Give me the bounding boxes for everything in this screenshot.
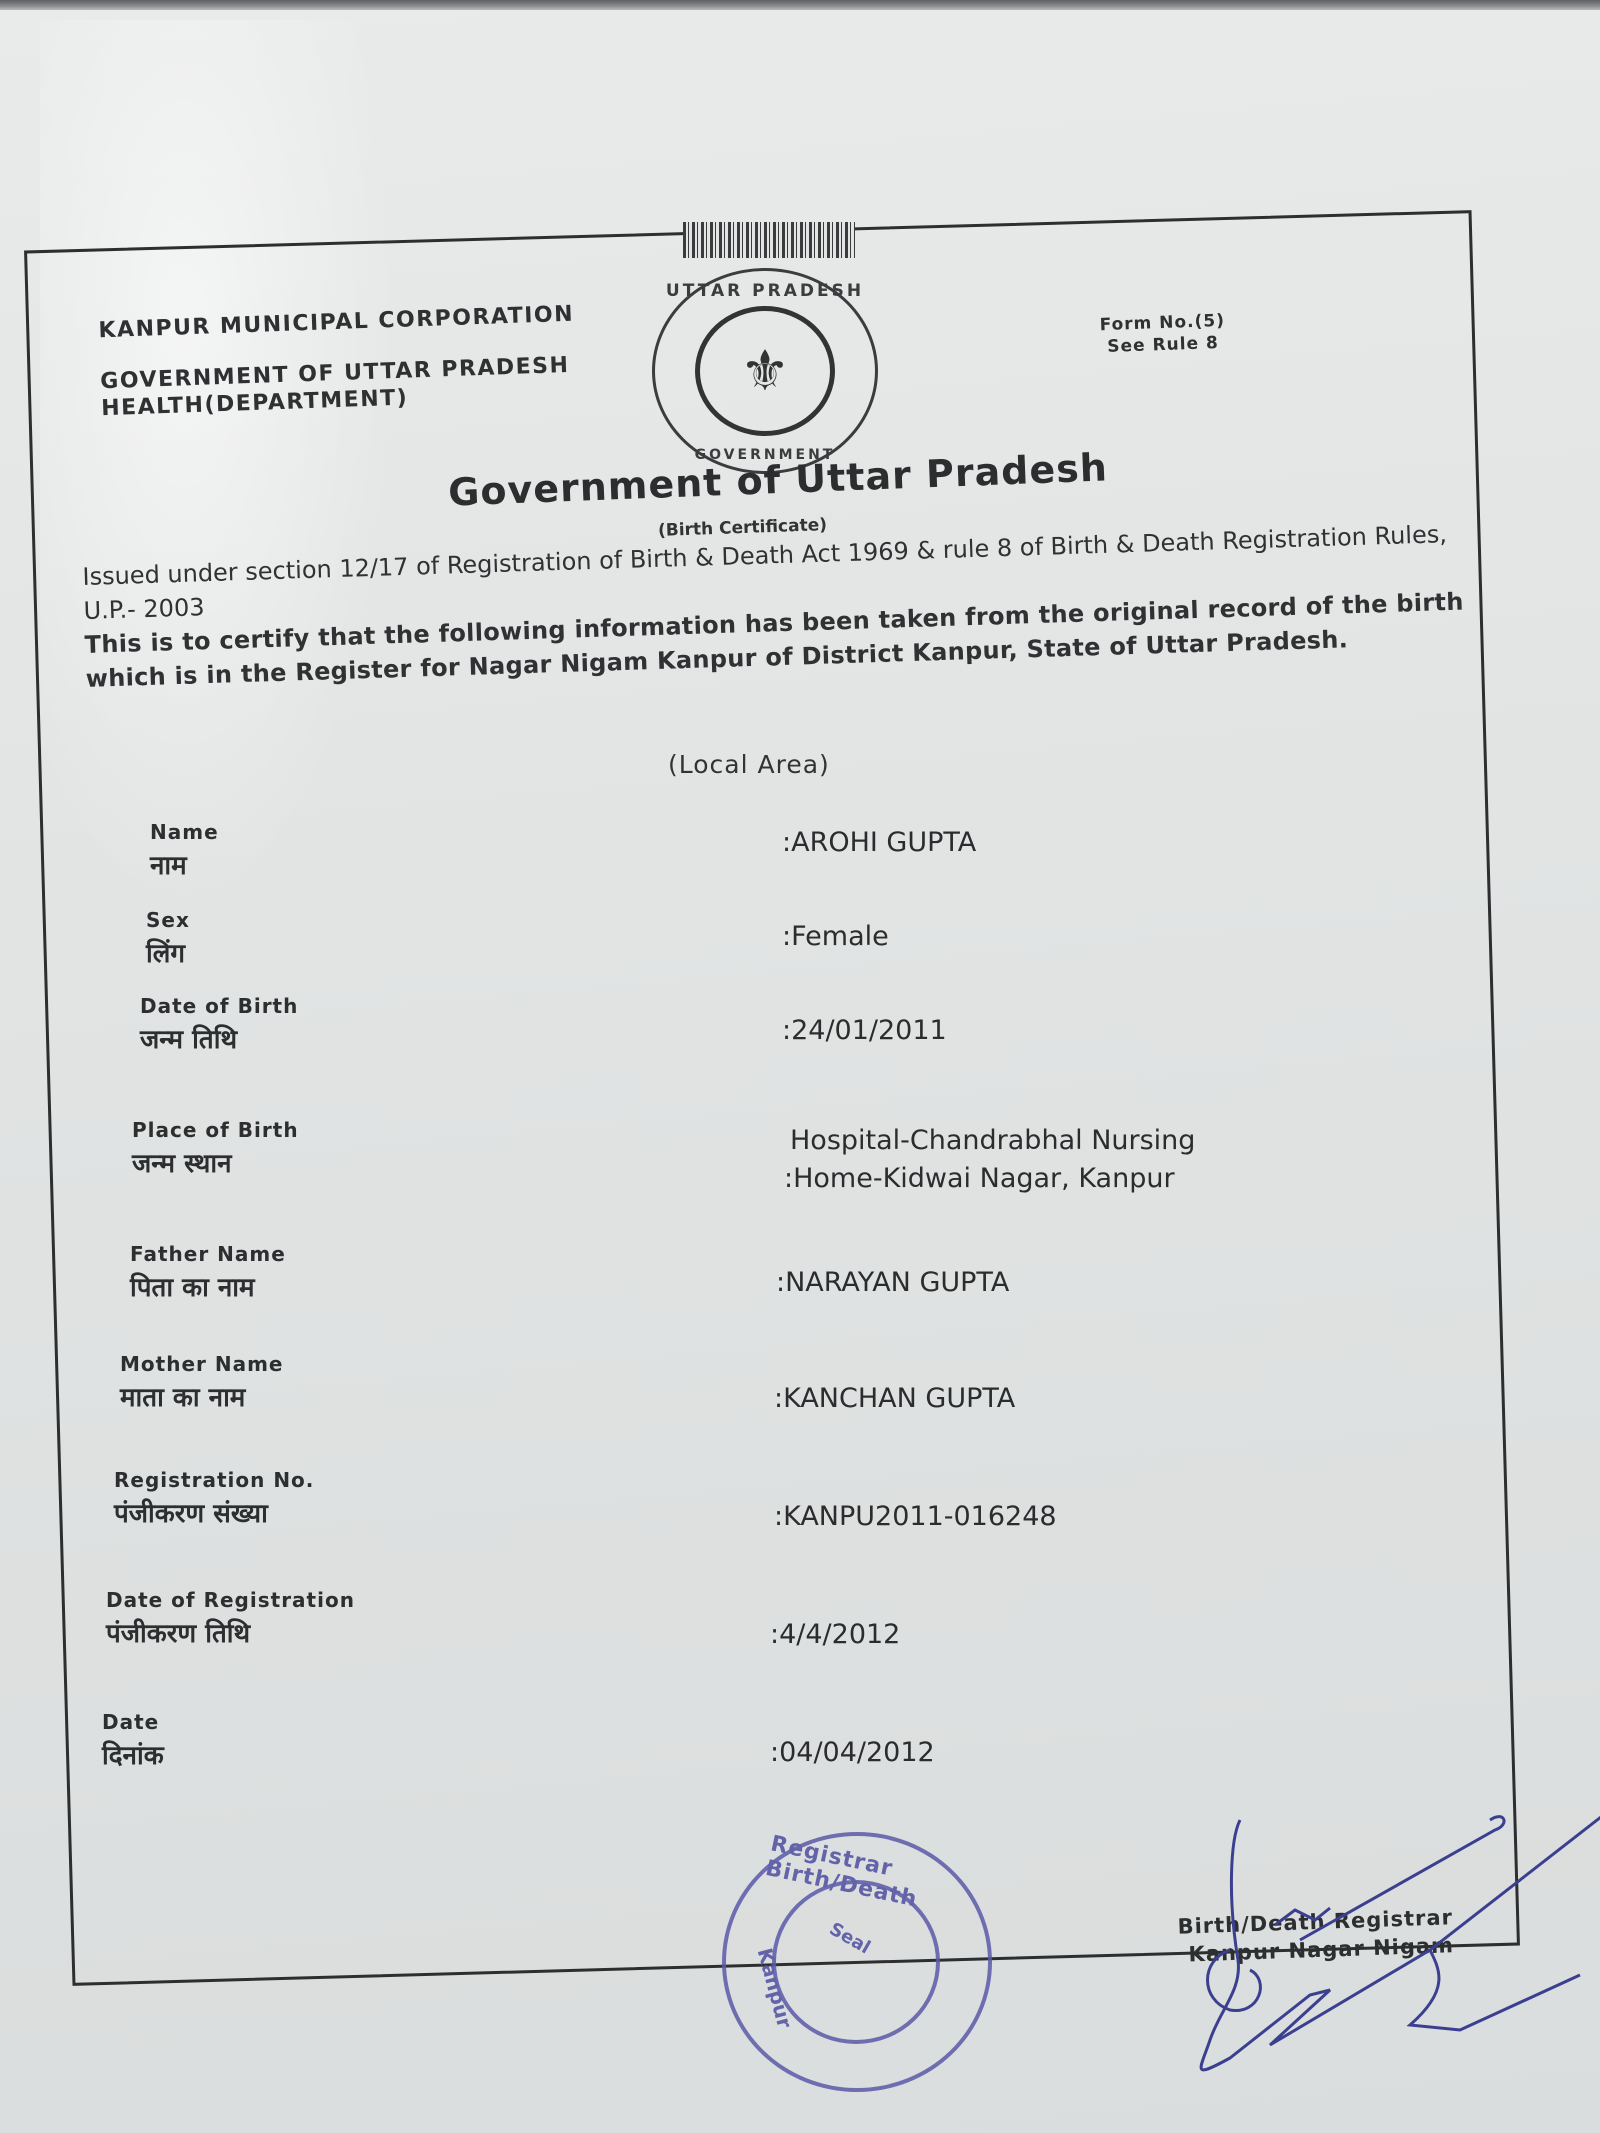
field-place-value: Hospital-Chandrabhal Nursing :Home-Kidwa… bbox=[784, 1122, 1195, 1198]
field-place-label: Place of Birth जन्म स्थान bbox=[132, 1118, 299, 1180]
form-number-block: Form No.(5) See Rule 8 bbox=[1099, 310, 1226, 358]
field-regno-value: :KANPU2011-016248 bbox=[774, 1498, 1057, 1536]
rule-reference: See Rule 8 bbox=[1100, 332, 1226, 358]
barcode bbox=[683, 222, 855, 258]
field-regdate-label: Date of Registration पंजीकरण तिथि bbox=[106, 1588, 355, 1650]
field-sex-label: Sex लिंग bbox=[146, 908, 190, 970]
local-area-label: (Local Area) bbox=[668, 750, 830, 779]
state-emblem: UTTAR PRADESH ⚜ GOVERNMENT bbox=[652, 268, 878, 474]
field-dob-label: Date of Birth जन्म तिथि bbox=[140, 994, 298, 1056]
issuer-header: KANPUR MUNICIPAL CORPORATION GOVERNMENT … bbox=[98, 302, 578, 436]
field-father-value: :NARAYAN GUPTA bbox=[776, 1264, 1009, 1302]
state-emblem-icon: ⚜ bbox=[695, 306, 835, 436]
field-father-label: Father Name पिता का नाम bbox=[130, 1242, 286, 1304]
certificate-content: KANPUR MUNICIPAL CORPORATION GOVERNMENT … bbox=[0, 0, 1600, 2133]
field-sex-value: :Female bbox=[782, 918, 889, 956]
corporation-name: KANPUR MUNICIPAL CORPORATION bbox=[98, 302, 574, 344]
field-date-value: :04/04/2012 bbox=[770, 1734, 935, 1772]
field-regdate-value: :4/4/2012 bbox=[770, 1616, 900, 1654]
emblem-top-text: UTTAR PRADESH bbox=[655, 281, 875, 301]
field-regno-label: Registration No. पंजीकरण संख्या bbox=[114, 1468, 314, 1530]
legal-text: Issued under section 12/17 of Registrati… bbox=[82, 515, 1506, 696]
registrar-seal-stamp: Registrar Birth/Death Seal Kanpur bbox=[722, 1832, 992, 2092]
field-mother-label: Mother Name माता का नाम bbox=[120, 1352, 283, 1414]
field-date-label: Date दिनांक bbox=[102, 1710, 164, 1772]
field-mother-value: :KANCHAN GUPTA bbox=[774, 1380, 1015, 1418]
registrar-signature bbox=[1180, 1800, 1600, 2100]
field-dob-value: :24/01/2011 bbox=[782, 1012, 947, 1050]
field-name-value: :AROHI GUPTA bbox=[782, 824, 976, 862]
field-name-label: Name नाम bbox=[150, 820, 219, 882]
